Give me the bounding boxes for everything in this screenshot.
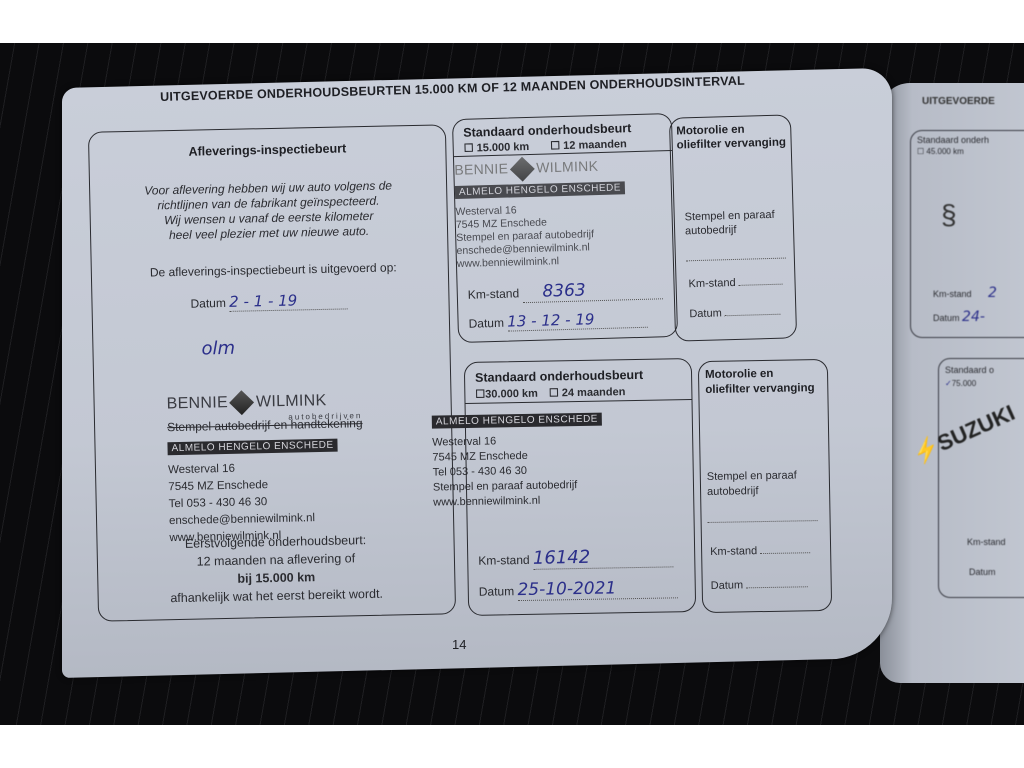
service-title: Standaard onderh — [917, 135, 989, 145]
stamp-line-field — [708, 520, 818, 523]
date-value: 24- — [962, 309, 985, 325]
option-km: 75.000 — [952, 379, 976, 388]
dealer-stamp-left: BENNIEWILMINK autobedrijven Stempel auto… — [166, 389, 365, 547]
page-number: 14 — [452, 637, 466, 652]
date-label: Datum — [689, 307, 722, 320]
km-label: Km-stand — [967, 537, 1006, 547]
oil-title-line: oliefilter vervanging — [705, 381, 815, 398]
oil-change-box-1: Motorolie en oliefilter vervanging Stemp… — [669, 114, 797, 341]
checkbox-km: ☐ — [475, 389, 485, 401]
oil-title-line: oliefilter vervanging — [676, 135, 786, 152]
delivery-date-label: Datum — [190, 296, 226, 311]
dealer-stamp-2: ALMELO HENGELO ENSCHEDE Westerval 16 754… — [432, 409, 604, 511]
brand-right: WILMINK — [256, 392, 327, 410]
km-row: Km-stand 8363 — [468, 278, 663, 304]
km-label: Km-stand — [710, 545, 757, 558]
suzuki-brand: SUZUKI — [933, 400, 1018, 456]
brand-left: BENNIE — [454, 160, 508, 177]
km-field — [760, 552, 810, 554]
oil-km-row: Km-stand — [710, 544, 810, 558]
oil-stamp-label: Stempel en paraaf autobedrijf — [707, 468, 797, 500]
km-label: Km-stand — [468, 286, 520, 301]
date-label: Datum — [479, 584, 515, 599]
stamp-label: Stempel autobedrijf en handtekening — [167, 416, 363, 434]
dealer-website: www.benniewilmink.nl — [433, 493, 603, 511]
delivery-date-value: 2 - 1 - 19 — [229, 290, 347, 311]
date-field — [746, 586, 808, 588]
brand-left: BENNIE — [166, 394, 228, 412]
cube-logo-icon — [230, 390, 255, 415]
check-mark-icon: ✓ — [945, 379, 952, 388]
km-row: Km-stand 16142 — [478, 545, 673, 570]
oil-title: Motorolie en oliefilter vervanging — [676, 121, 786, 152]
brand-right: WILMINK — [536, 158, 598, 176]
oil-date-row: Datum — [689, 306, 781, 321]
dealer-locations: ALMELO HENGELO ENSCHEDE — [432, 413, 602, 429]
oil-date-row: Datum — [711, 578, 809, 592]
km-label: Km-stand — [688, 277, 735, 290]
dealer-locations: ALMELO HENGELO ENSCHEDE — [455, 181, 625, 199]
service-box-2: Standaard onderhoudsbeurt ☐30.000 km ☐ 2… — [464, 358, 696, 616]
service-options: ☐30.000 km ☐ 24 maanden — [475, 385, 625, 401]
delivery-signature: olm — [201, 338, 235, 360]
checkbox-months: ☐ — [550, 140, 563, 152]
stamp-line: Stempel en paraaf — [707, 468, 797, 485]
right-service-box-1: Standaard onderh ☐ 45.000 km § Km-stand … — [910, 130, 1024, 338]
date-label: Datum — [969, 567, 996, 577]
performed-on-label: De afleverings-inspectiebeurt is uitgevo… — [150, 260, 397, 279]
right-service-box-2: Standaard o ✓75.000 ⚡SUZUKI Km-stand Dat… — [938, 358, 1024, 598]
checkbox-km: ☐ — [464, 142, 477, 154]
next-service-info: Eerstvolgende onderhoudsbeurt: 12 maande… — [97, 529, 454, 608]
km-value: 2 — [988, 285, 997, 301]
cube-logo-icon — [510, 157, 535, 182]
option-km: 15.000 km — [476, 141, 529, 154]
oil-stamp-label: Stempel en paraaf autobedrijf — [684, 208, 775, 238]
date-row: Datum 25-10-2021 — [479, 577, 678, 601]
km-label: Km-stand — [933, 289, 972, 299]
km-value: 8363 — [522, 278, 663, 303]
stamp-line: autobedrijf — [707, 483, 797, 500]
option-months: 24 maanden — [562, 386, 626, 399]
dealer-stamp-1: BENNIEWILMINK ALMELO HENGELO ENSCHEDE We… — [454, 155, 627, 271]
stamp-line: Stempel en paraaf — [684, 208, 774, 225]
date-label: Datum — [933, 313, 960, 323]
stamp-line-field — [686, 258, 786, 262]
service-box-1: Standaard onderhoudsbeurt ☐ 15.000 km ☐ … — [452, 113, 678, 343]
oil-km-row: Km-stand — [688, 276, 782, 291]
date-value: 13 - 12 - 19 — [507, 309, 647, 332]
date-field — [725, 314, 781, 317]
checkbox-months: ☐ — [549, 387, 562, 399]
oil-title: Motorolie en oliefilter vervanging — [705, 366, 815, 398]
delivery-intro: Voor aflevering hebben wij uw auto volge… — [90, 177, 447, 244]
date-row: Datum 13 - 12 - 19 — [468, 309, 647, 333]
right-page-header: UITGEVOERDE — [922, 96, 995, 107]
dealer-locations: ALMELO HENGELO ENSCHEDE — [167, 439, 337, 456]
date-label: Datum — [711, 579, 744, 592]
km-label: Km-stand — [478, 553, 530, 568]
date-row: Datum 24- — [933, 309, 985, 325]
stamp-line: autobedrijf — [685, 222, 775, 239]
service-title: Standaard o — [945, 365, 994, 375]
oil-change-box-2: Motorolie en oliefilter vervanging Stemp… — [698, 359, 832, 613]
date-value: 25-10-2021 — [517, 577, 677, 601]
option-km: 45.000 km — [926, 147, 963, 156]
service-option: ✓75.000 — [945, 379, 976, 388]
km-row: Km-stand 2 — [933, 285, 997, 301]
service-option: ☐ 45.000 km — [917, 147, 964, 156]
option-km: 30.000 km — [485, 388, 538, 401]
date-label: Datum — [468, 316, 504, 331]
suzuki-s-logo-icon: § — [941, 199, 957, 231]
delivery-inspection-title: Afleverings-inspectiebeurt — [89, 139, 445, 160]
delivery-date-row: Datum 2 - 1 - 19 — [190, 290, 347, 312]
option-months: 12 maanden — [563, 138, 627, 152]
delivery-inspection-box: Afleverings-inspectiebeurt Voor afleveri… — [88, 124, 456, 621]
km-field — [739, 284, 783, 286]
km-value: 16142 — [533, 545, 673, 569]
service-title: Standaard onderhoudsbeurt — [475, 368, 643, 385]
